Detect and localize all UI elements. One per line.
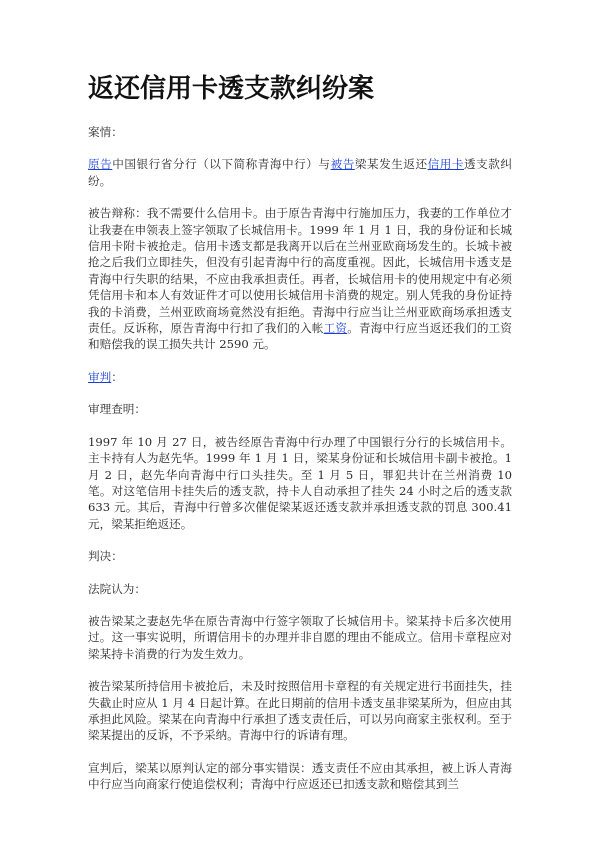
judgment-label: 判决： — [88, 548, 512, 564]
trial-heading: 审判： — [88, 369, 512, 385]
defendant-link[interactable]: 被告 — [331, 157, 355, 171]
credit-card-link[interactable]: 信用卡 — [428, 157, 464, 171]
court-label: 法院认为： — [88, 581, 512, 597]
court-paragraph-2: 被告梁某所持信用卡被抢后，未及时按照信用卡章程的有关规定进行书面挂失，挂失截止时… — [88, 678, 512, 744]
plaintiff-link[interactable]: 原告 — [88, 157, 112, 171]
page-title: 返还信用卡透支款纠纷案 — [88, 72, 512, 106]
defense-paragraph: 被告辩称：我不需要什么信用卡。由于原告青海中行施加压力，我妻的工作单位才让我妻在… — [88, 205, 512, 353]
defense-text-1: 被告辩称：我不需要什么信用卡。由于原告青海中行施加压力，我妻的工作单位才让我妻在… — [88, 206, 512, 335]
trial-suffix: ： — [111, 370, 123, 384]
intro-text-1: 中国银行省分行（以下简称青海中行）与 — [112, 157, 330, 171]
findings-label: 审理查明： — [88, 401, 512, 417]
document-page: 返还信用卡透支款纠纷案 案情： 原告中国银行省分行（以下简称青海中行）与被告梁某… — [88, 72, 512, 809]
intro-text-2: 梁某发生返还 — [355, 157, 428, 171]
wages-link[interactable]: 工资 — [324, 321, 348, 335]
court-paragraph-1: 被告梁某之妻赵先华在原告青海中行签字领取了长城信用卡。梁某持卡后多次使用过。这一… — [88, 613, 512, 662]
intro-paragraph: 原告中国银行省分行（以下简称青海中行）与被告梁某发生返还信用卡透支款纠纷。 — [88, 156, 512, 189]
appeal-paragraph: 宣判后，梁某以原判认定的部分事实错误：透支责任不应由其承担，被上诉人青海中行应当… — [88, 760, 512, 793]
findings-paragraph: 1997 年 10 月 27 日，被告经原告青海中行办理了中国银行分行的长城信用… — [88, 434, 512, 532]
case-label: 案情： — [88, 124, 512, 140]
trial-link[interactable]: 审判 — [88, 370, 111, 384]
